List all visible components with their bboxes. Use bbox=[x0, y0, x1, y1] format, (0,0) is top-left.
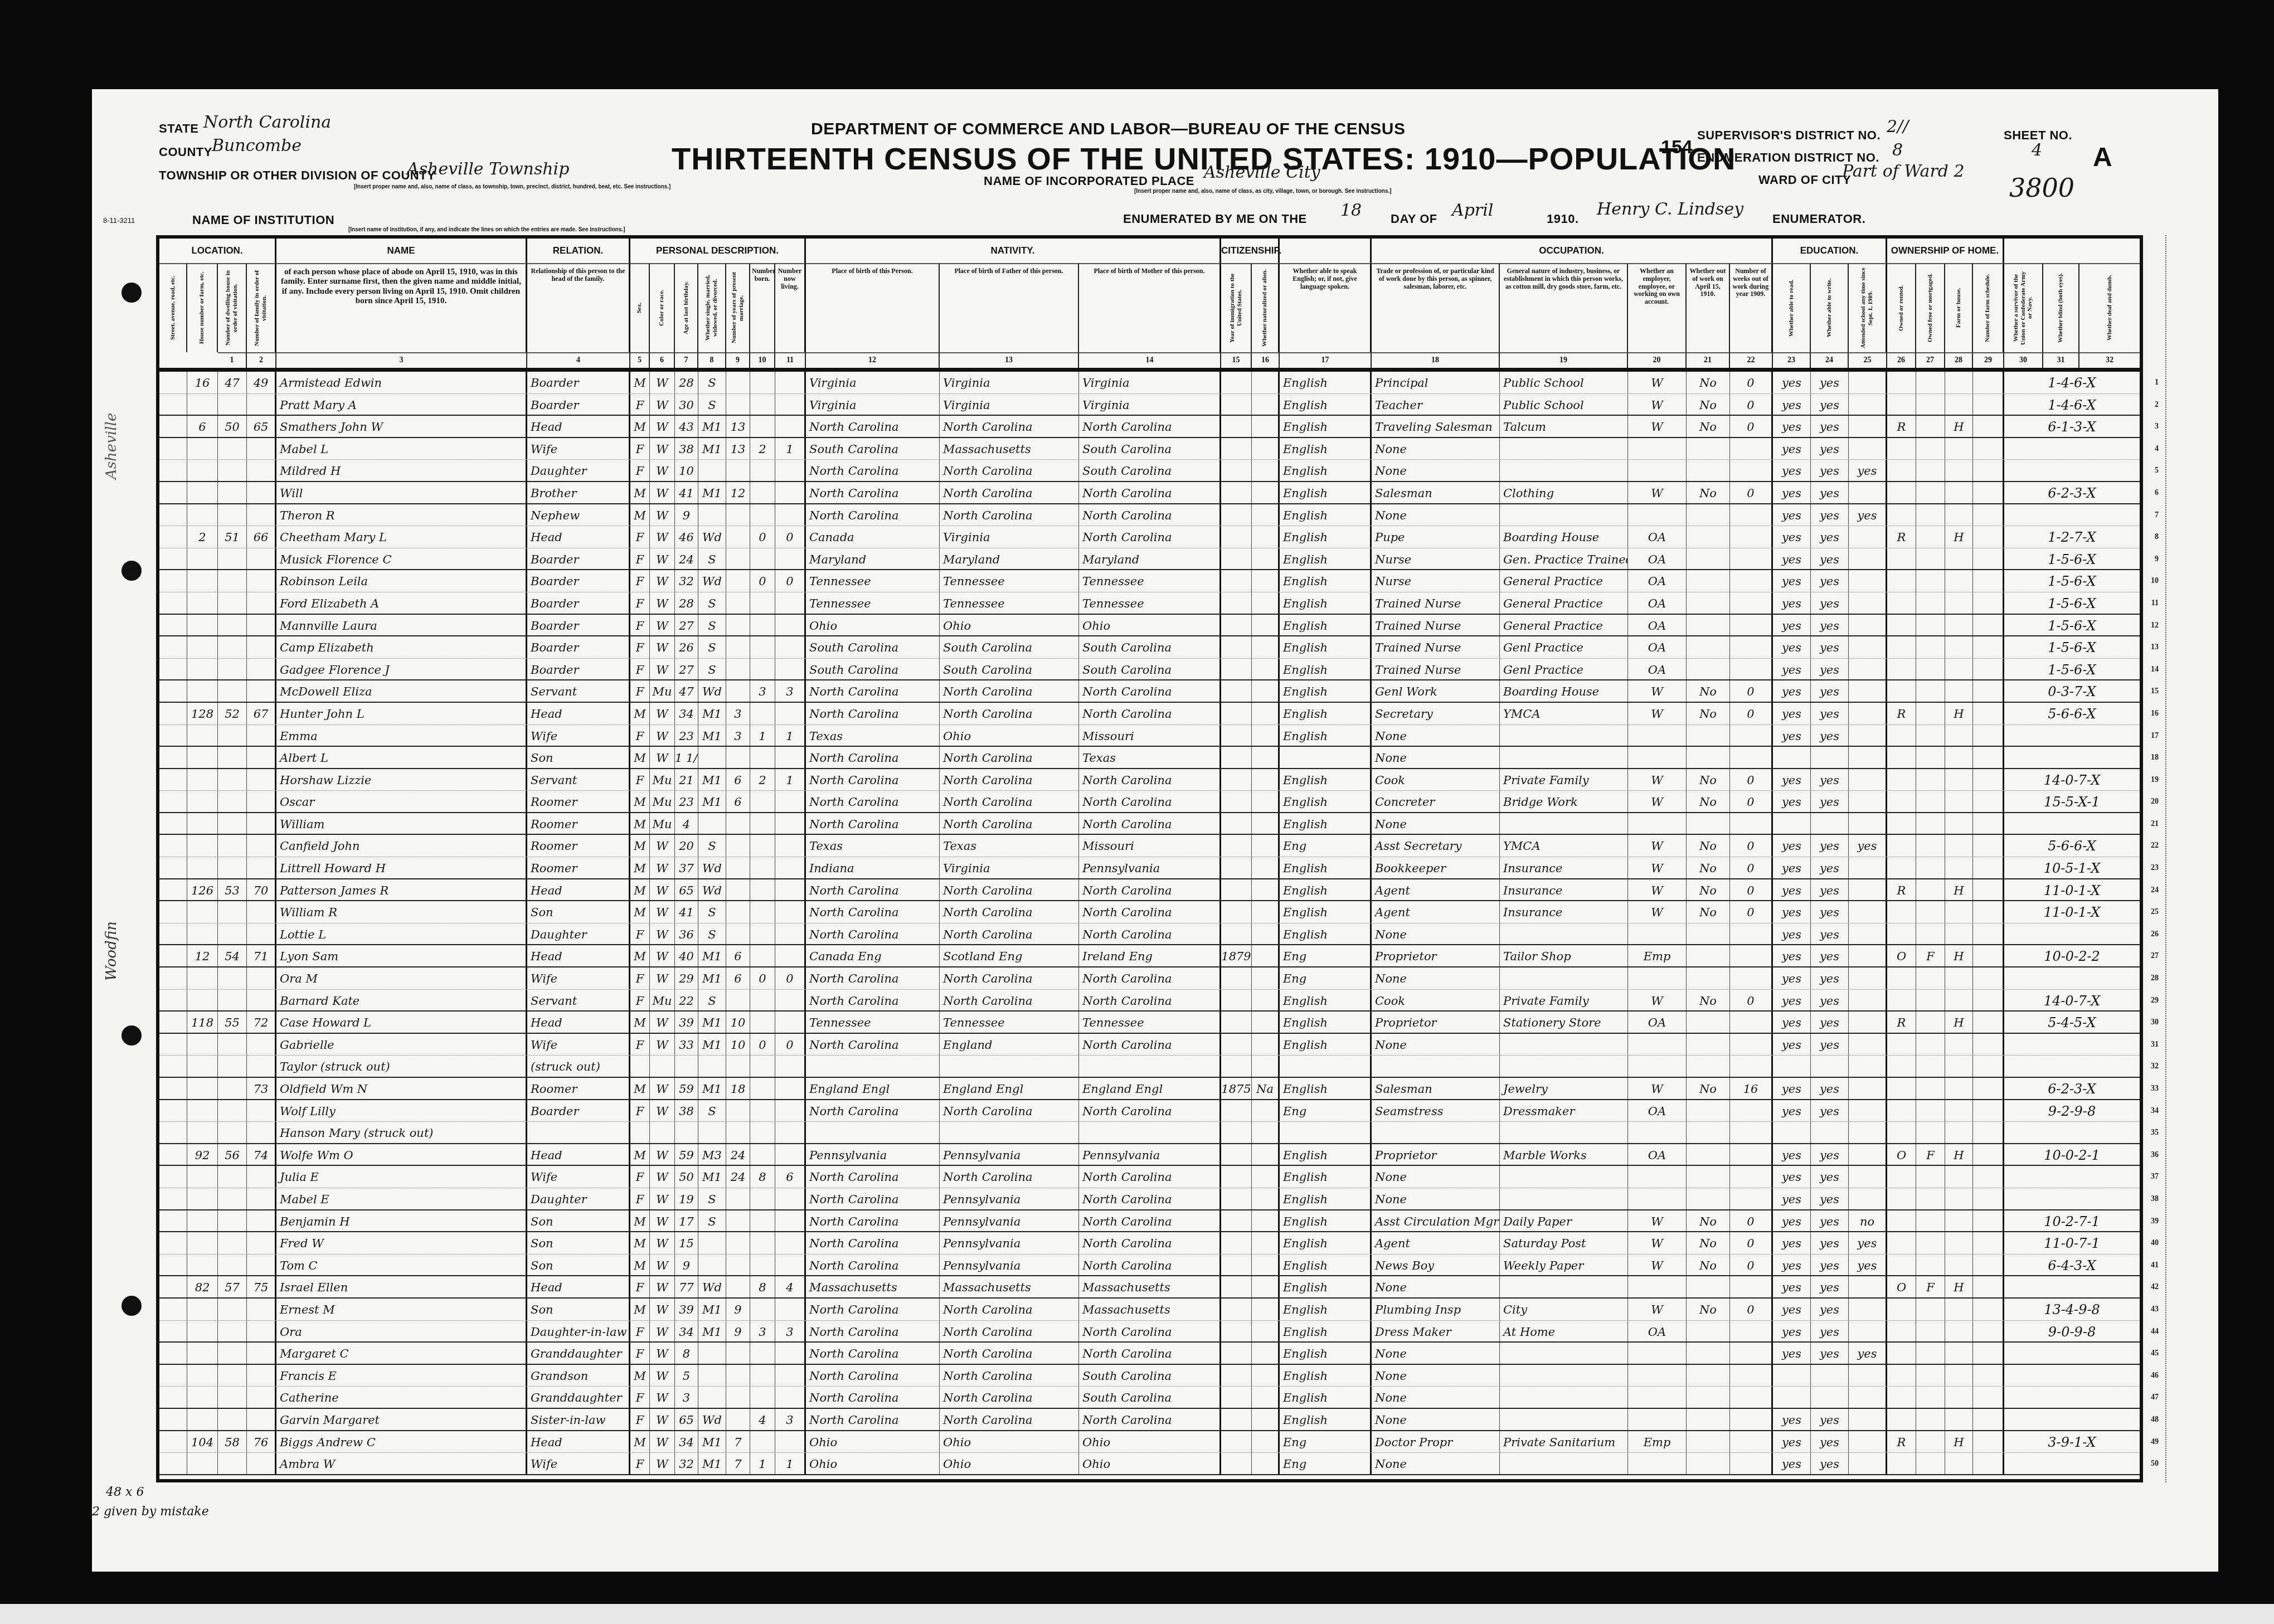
cell-industry: Saturday Post bbox=[1500, 1232, 1628, 1254]
group-misc bbox=[2004, 239, 2140, 263]
cell-street bbox=[159, 791, 187, 812]
cell-years bbox=[726, 747, 750, 768]
table-row: Camp ElizabethBoarderFW26SSouth Carolina… bbox=[159, 636, 2140, 659]
cell-birth: North Carolina bbox=[806, 1387, 940, 1408]
table-row: OscarRoomerMMu23M16North CarolinaNorth C… bbox=[159, 791, 2140, 813]
cell-age: 34 bbox=[675, 1321, 698, 1342]
cell-industry bbox=[1500, 967, 1628, 989]
cell-mort bbox=[1916, 1343, 1945, 1364]
cell-house: 104 bbox=[187, 1431, 218, 1453]
cell-lang: English bbox=[1280, 504, 1372, 526]
cell-industry bbox=[1500, 1188, 1628, 1209]
cell-marital bbox=[698, 504, 726, 526]
cell-marital: M1 bbox=[698, 1034, 726, 1056]
cell-born: 1 bbox=[750, 725, 775, 746]
cell-sex: F bbox=[630, 1387, 650, 1408]
cell-code: 11-0-7-1 bbox=[2004, 1232, 2140, 1254]
cell-dwelling bbox=[218, 1321, 247, 1342]
cell-lang: Eng bbox=[1280, 1431, 1372, 1453]
cell-farm bbox=[1945, 1078, 1973, 1099]
department-heading: DEPARTMENT OF COMMERCE AND LABOR—BUREAU … bbox=[811, 120, 1406, 139]
cell-own bbox=[1887, 659, 1916, 680]
table-row: William RSonMW41SNorth CarolinaNorth Car… bbox=[159, 901, 2140, 923]
cell-born bbox=[750, 945, 775, 966]
cell-own bbox=[1887, 791, 1916, 812]
cell-sched bbox=[1973, 372, 2004, 393]
cell-weeks bbox=[1730, 1166, 1773, 1188]
cell-born bbox=[750, 1012, 775, 1033]
table-row: Ambra WWifeFW32M1711OhioOhioOhioEngNoney… bbox=[159, 1453, 2140, 1475]
cell-sched bbox=[1973, 570, 2004, 592]
cell-street bbox=[159, 1232, 187, 1254]
cell-weeks: 0 bbox=[1730, 1255, 1773, 1276]
line-number: 3 bbox=[2155, 416, 2159, 438]
cell-read: yes bbox=[1773, 1453, 1811, 1474]
cell-write: yes bbox=[1811, 438, 1849, 460]
cell-name: Musick Florence C bbox=[276, 548, 527, 570]
cell-lang: Eng bbox=[1280, 945, 1372, 966]
cell-industry: Insurance bbox=[1500, 901, 1628, 923]
cell-write: yes bbox=[1811, 901, 1849, 923]
cell-school bbox=[1849, 1365, 1887, 1387]
cell-race: W bbox=[650, 526, 675, 548]
cell-school: yes bbox=[1849, 460, 1887, 481]
supervisor-value: 2// bbox=[1887, 117, 1908, 137]
cell-nat bbox=[1252, 570, 1280, 592]
census-table: LOCATION. NAME RELATION. PERSONAL DESCRI… bbox=[156, 235, 2143, 1482]
col-number: 13 bbox=[940, 352, 1079, 368]
cell-emp bbox=[1628, 1056, 1687, 1077]
cell-dwelling bbox=[218, 615, 247, 636]
cell-father: North Carolina bbox=[940, 1299, 1079, 1320]
cell-years bbox=[726, 1255, 750, 1276]
cell-mort bbox=[1916, 659, 1945, 680]
cell-out bbox=[1687, 923, 1730, 945]
col-read: Whether able to read. bbox=[1773, 263, 1811, 352]
cell-write: yes bbox=[1811, 990, 1849, 1011]
cell-name: William bbox=[276, 813, 527, 834]
cell-nat bbox=[1252, 967, 1280, 989]
cell-write: yes bbox=[1811, 394, 1849, 415]
cell-father: England Engl bbox=[940, 1078, 1079, 1099]
cell-family bbox=[247, 990, 276, 1011]
cell-farm bbox=[1945, 1034, 1973, 1056]
cell-dwelling bbox=[218, 835, 247, 857]
cell-race: W bbox=[650, 1034, 675, 1056]
cell-born bbox=[750, 460, 775, 481]
table-row: Musick Florence CBoarderFW24SMarylandMar… bbox=[159, 548, 2140, 571]
cell-mother: Texas bbox=[1079, 747, 1221, 768]
cell-emp: W bbox=[1628, 1232, 1687, 1254]
cell-own bbox=[1887, 967, 1916, 989]
cell-nat bbox=[1252, 990, 1280, 1011]
cell-nat bbox=[1252, 1056, 1280, 1077]
cell-imm bbox=[1221, 769, 1252, 791]
cell-father: North Carolina bbox=[940, 747, 1079, 768]
cell-industry: General Practice bbox=[1500, 615, 1628, 636]
cell-imm bbox=[1221, 703, 1252, 725]
cell-nat bbox=[1252, 725, 1280, 746]
cell-own bbox=[1887, 857, 1916, 878]
cell-sched bbox=[1973, 1409, 2004, 1430]
cell-out: No bbox=[1687, 769, 1730, 791]
institution-label: Name of institution bbox=[192, 213, 334, 227]
cell-own bbox=[1887, 460, 1916, 481]
cell-father: Virginia bbox=[940, 857, 1079, 878]
cell-farm bbox=[1945, 791, 1973, 812]
cell-code bbox=[2004, 1365, 2140, 1387]
cell-emp: OA bbox=[1628, 592, 1687, 614]
cell-out bbox=[1687, 1188, 1730, 1209]
cell-father: North Carolina bbox=[940, 482, 1079, 503]
cell-industry: Weekly Paper bbox=[1500, 1255, 1628, 1276]
cell-mother: North Carolina bbox=[1079, 967, 1221, 989]
cell-emp: W bbox=[1628, 879, 1687, 901]
col-number: 12 bbox=[806, 352, 940, 368]
cell-years: 18 bbox=[726, 1078, 750, 1099]
cell-marital bbox=[698, 747, 726, 768]
cell-industry: Boarding House bbox=[1500, 680, 1628, 702]
cell-write bbox=[1811, 747, 1849, 768]
cell-marital: S bbox=[698, 659, 726, 680]
cell-born: 0 bbox=[750, 526, 775, 548]
cell-father: North Carolina bbox=[940, 923, 1079, 945]
cell-code: 6-2-3-X bbox=[2004, 482, 2140, 503]
cell-nat bbox=[1252, 747, 1280, 768]
cell-sex: F bbox=[630, 1343, 650, 1364]
cell-sex: F bbox=[630, 967, 650, 989]
cell-mother: North Carolina bbox=[1079, 879, 1221, 901]
cell-farm: H bbox=[1945, 703, 1973, 725]
cell-industry: Dressmaker bbox=[1500, 1100, 1628, 1122]
cell-age: 46 bbox=[675, 526, 698, 548]
cell-relation: Daughter bbox=[527, 1188, 630, 1209]
cell-years bbox=[726, 1210, 750, 1232]
cell-read: yes bbox=[1773, 570, 1811, 592]
cell-street bbox=[159, 725, 187, 746]
cell-street bbox=[159, 835, 187, 857]
cell-weeks: 0 bbox=[1730, 769, 1773, 791]
cell-mother: North Carolina bbox=[1079, 1034, 1221, 1056]
cell-school bbox=[1849, 813, 1887, 834]
cell-birth: North Carolina bbox=[806, 1188, 940, 1209]
cell-farm bbox=[1945, 1409, 1973, 1430]
cell-industry: Marble Works bbox=[1500, 1144, 1628, 1165]
cell-name: Camp Elizabeth bbox=[276, 636, 527, 658]
col-relation: Relationship of this person to the head … bbox=[527, 263, 630, 352]
col-street: Street, avenue, road, etc. bbox=[159, 263, 187, 352]
cell-weeks bbox=[1730, 1431, 1773, 1453]
cell-imm bbox=[1221, 438, 1252, 460]
cell-race: W bbox=[650, 1100, 675, 1122]
cell-own bbox=[1887, 1122, 1916, 1143]
cell-sched bbox=[1973, 1122, 2004, 1143]
cell-mort bbox=[1916, 747, 1945, 768]
line-number: 47 bbox=[2151, 1387, 2159, 1409]
cell-dwelling bbox=[218, 725, 247, 746]
cell-relation: Son bbox=[527, 1232, 630, 1254]
cell-mort: F bbox=[1916, 1144, 1945, 1165]
cell-race: W bbox=[650, 835, 675, 857]
cell-birth: Texas bbox=[806, 835, 940, 857]
cell-lang: English bbox=[1280, 923, 1372, 945]
cell-birth: Virginia bbox=[806, 372, 940, 393]
cell-imm bbox=[1221, 526, 1252, 548]
cell-trade: None bbox=[1372, 460, 1500, 481]
cell-code bbox=[2004, 1166, 2140, 1188]
cell-name: Mabel L bbox=[276, 438, 527, 460]
cell-mother: South Carolina bbox=[1079, 659, 1221, 680]
cell-birth: North Carolina bbox=[806, 1343, 940, 1364]
cell-out bbox=[1687, 1321, 1730, 1342]
cell-imm bbox=[1221, 901, 1252, 923]
cell-school bbox=[1849, 791, 1887, 812]
cell-living bbox=[775, 416, 806, 437]
cell-father: North Carolina bbox=[940, 990, 1079, 1011]
cell-family: 70 bbox=[247, 879, 276, 901]
cell-race: W bbox=[650, 548, 675, 570]
cell-name: Taylor (struck out) bbox=[276, 1056, 527, 1077]
cell-relation: Boarder bbox=[527, 548, 630, 570]
cell-code: 1-5-6-X bbox=[2004, 615, 2140, 636]
line-number: 16 bbox=[2151, 703, 2159, 725]
cell-mother: Pennsylvania bbox=[1079, 1144, 1221, 1165]
cell-name: Canfield John bbox=[276, 835, 527, 857]
table-row: 1265370Patterson James RHeadMW65WdNorth … bbox=[159, 879, 2140, 902]
table-row: 1285267Hunter John LHeadMW34M13North Car… bbox=[159, 703, 2140, 725]
cell-name: Smathers John W bbox=[276, 416, 527, 437]
cell-write: yes bbox=[1811, 1210, 1849, 1232]
township-label: Township or other division of county bbox=[159, 168, 435, 183]
cell-mother: Ohio bbox=[1079, 615, 1221, 636]
col-mortgaged: Owned free or mortgaged. bbox=[1916, 263, 1945, 352]
cell-mother: North Carolina bbox=[1079, 482, 1221, 503]
cell-name: Hunter John L bbox=[276, 703, 527, 725]
cell-born bbox=[750, 1365, 775, 1387]
cell-trade: Secretary bbox=[1372, 703, 1500, 725]
cell-marital bbox=[698, 1122, 726, 1143]
cell-imm bbox=[1221, 1122, 1252, 1143]
cell-industry: Genl Practice bbox=[1500, 659, 1628, 680]
cell-industry: Public School bbox=[1500, 394, 1628, 415]
group-language bbox=[1280, 239, 1372, 263]
line-number: 30 bbox=[2151, 1012, 2159, 1034]
cell-weeks bbox=[1730, 1144, 1773, 1165]
enumerated-label: Enumerated by me on the bbox=[1123, 212, 1307, 226]
line-number: 18 bbox=[2151, 747, 2159, 769]
cell-birth: North Carolina bbox=[806, 703, 940, 725]
cell-living: 3 bbox=[775, 1321, 806, 1342]
cell-write: yes bbox=[1811, 680, 1849, 702]
cell-birth: Pennsylvania bbox=[806, 1144, 940, 1165]
cell-nat bbox=[1252, 1343, 1280, 1364]
table-row: EmmaWifeFW23M1311TexasOhioMissouriEnglis… bbox=[159, 725, 2140, 747]
cell-age: 21 bbox=[675, 769, 698, 791]
cell-lang: English bbox=[1280, 1321, 1372, 1342]
cell-lang: English bbox=[1280, 1078, 1372, 1099]
cell-name: Theron R bbox=[276, 504, 527, 526]
cell-farm bbox=[1945, 1299, 1973, 1320]
cell-nat bbox=[1252, 1255, 1280, 1276]
cell-own: O bbox=[1887, 1144, 1916, 1165]
cell-farm bbox=[1945, 680, 1973, 702]
cell-name: McDowell Eliza bbox=[276, 680, 527, 702]
cell-code: 1-2-7-X bbox=[2004, 526, 2140, 548]
cell-house bbox=[187, 482, 218, 503]
cell-mort bbox=[1916, 835, 1945, 857]
cell-mort bbox=[1916, 1056, 1945, 1077]
cell-school: yes bbox=[1849, 1255, 1887, 1276]
cell-dwelling bbox=[218, 769, 247, 791]
page-number: 154 bbox=[1661, 137, 1693, 158]
cell-sex: F bbox=[630, 1166, 650, 1188]
line-number: 26 bbox=[2151, 923, 2159, 946]
cell-sex: F bbox=[630, 570, 650, 592]
col-number: 27 bbox=[1916, 352, 1945, 368]
cell-dwelling bbox=[218, 857, 247, 878]
cell-code bbox=[2004, 1343, 2140, 1364]
cell-family bbox=[247, 460, 276, 481]
cell-mort bbox=[1916, 1188, 1945, 1209]
line-number: 39 bbox=[2151, 1210, 2159, 1233]
cell-school bbox=[1849, 1144, 1887, 1165]
cell-sched bbox=[1973, 1365, 2004, 1387]
cell-lang: English bbox=[1280, 615, 1372, 636]
cell-own: O bbox=[1887, 1276, 1916, 1297]
cell-name: Lottie L bbox=[276, 923, 527, 945]
cell-code bbox=[2004, 1188, 2140, 1209]
cell-industry: YMCA bbox=[1500, 835, 1628, 857]
cell-street bbox=[159, 592, 187, 614]
cell-read: yes bbox=[1773, 1012, 1811, 1033]
cell-industry: Private Sanitarium bbox=[1500, 1431, 1628, 1453]
cell-marital bbox=[698, 1343, 726, 1364]
line-number: 7 bbox=[2155, 504, 2159, 527]
cell-sex: F bbox=[630, 659, 650, 680]
cell-emp: W bbox=[1628, 835, 1687, 857]
cell-relation: Head bbox=[527, 1144, 630, 1165]
cell-weeks bbox=[1730, 1100, 1773, 1122]
cell-write: yes bbox=[1811, 1431, 1849, 1453]
cell-house: 128 bbox=[187, 703, 218, 725]
cell-street bbox=[159, 1255, 187, 1276]
cell-mother: North Carolina bbox=[1079, 703, 1221, 725]
cell-out bbox=[1687, 1431, 1730, 1453]
cell-birth: North Carolina bbox=[806, 416, 940, 437]
sheet-value: 4 bbox=[2032, 140, 2042, 160]
incorporated-place-note: [Insert proper name and, also, name of c… bbox=[1134, 188, 1392, 195]
cell-age: 19 bbox=[675, 1188, 698, 1209]
cell-race: W bbox=[650, 747, 675, 768]
cell-emp: W bbox=[1628, 703, 1687, 725]
cell-name: Julia E bbox=[276, 1166, 527, 1188]
cell-weeks bbox=[1730, 1409, 1773, 1430]
cell-street bbox=[159, 548, 187, 570]
cell-marital: M1 bbox=[698, 703, 726, 725]
cell-own bbox=[1887, 1299, 1916, 1320]
cell-weeks bbox=[1730, 548, 1773, 570]
cell-name: Ora M bbox=[276, 967, 527, 989]
cell-read: yes bbox=[1773, 857, 1811, 878]
cell-out: No bbox=[1687, 857, 1730, 878]
cell-family bbox=[247, 1034, 276, 1056]
cell-years: 13 bbox=[726, 416, 750, 437]
cell-race: W bbox=[650, 1166, 675, 1188]
cell-marital: M1 bbox=[698, 791, 726, 812]
cell-nat bbox=[1252, 703, 1280, 725]
col-veteran: Whether a survivor of the Union or Confe… bbox=[2004, 263, 2043, 352]
cell-code: 6-4-3-X bbox=[2004, 1255, 2140, 1276]
cell-race: W bbox=[650, 1299, 675, 1320]
cell-out: No bbox=[1687, 1255, 1730, 1276]
cell-industry bbox=[1500, 1034, 1628, 1056]
cell-own bbox=[1887, 769, 1916, 791]
col-number: 2 bbox=[247, 352, 276, 368]
cell-school bbox=[1849, 1453, 1887, 1474]
table-row: 65065Smathers John WHeadMW43M113North Ca… bbox=[159, 416, 2140, 438]
cell-marital: M1 bbox=[698, 769, 726, 791]
cell-sched bbox=[1973, 1012, 2004, 1033]
cell-house bbox=[187, 901, 218, 923]
cell-read: yes bbox=[1773, 504, 1811, 526]
cell-street bbox=[159, 967, 187, 989]
cell-code: 9-0-9-8 bbox=[2004, 1321, 2140, 1342]
cell-farm bbox=[1945, 460, 1973, 481]
cell-street bbox=[159, 813, 187, 834]
cell-race bbox=[650, 1122, 675, 1143]
cell-race: W bbox=[650, 1276, 675, 1297]
cell-industry bbox=[1500, 1409, 1628, 1430]
cell-own bbox=[1887, 1100, 1916, 1122]
cell-weeks bbox=[1730, 1343, 1773, 1364]
enumerated-day: 18 bbox=[1340, 201, 1362, 220]
cell-farm: H bbox=[1945, 526, 1973, 548]
cell-father: North Carolina bbox=[940, 1321, 1079, 1342]
cell-house bbox=[187, 923, 218, 945]
cell-family: 75 bbox=[247, 1276, 276, 1297]
cell-dwelling bbox=[218, 438, 247, 460]
cell-own bbox=[1887, 1232, 1916, 1254]
cell-sex: M bbox=[630, 1144, 650, 1165]
cell-race: W bbox=[650, 482, 675, 503]
cell-marital: M1 bbox=[698, 416, 726, 437]
cell-lang: English bbox=[1280, 592, 1372, 614]
cell-code: 10-5-1-X bbox=[2004, 857, 2140, 878]
cell-out bbox=[1687, 1012, 1730, 1033]
cell-own bbox=[1887, 901, 1916, 923]
cell-farm bbox=[1945, 835, 1973, 857]
cell-street bbox=[159, 526, 187, 548]
cell-family: 72 bbox=[247, 1012, 276, 1033]
cell-family bbox=[247, 548, 276, 570]
cell-code: 14-0-7-X bbox=[2004, 990, 2140, 1011]
cell-farm: H bbox=[1945, 416, 1973, 437]
cell-lang: English bbox=[1280, 857, 1372, 878]
cell-born bbox=[750, 1232, 775, 1254]
cell-relation: Boarder bbox=[527, 394, 630, 415]
cell-nat bbox=[1252, 1409, 1280, 1430]
cell-mort bbox=[1916, 923, 1945, 945]
cell-house bbox=[187, 1078, 218, 1099]
cell-trade: None bbox=[1372, 1166, 1500, 1188]
cell-read bbox=[1773, 1387, 1811, 1408]
cell-living bbox=[775, 1365, 806, 1387]
col-number: 26 bbox=[1887, 352, 1916, 368]
cell-code: 9-2-9-8 bbox=[2004, 1100, 2140, 1122]
cell-birth: North Carolina bbox=[806, 923, 940, 945]
cell-family bbox=[247, 901, 276, 923]
cell-weeks bbox=[1730, 1321, 1773, 1342]
